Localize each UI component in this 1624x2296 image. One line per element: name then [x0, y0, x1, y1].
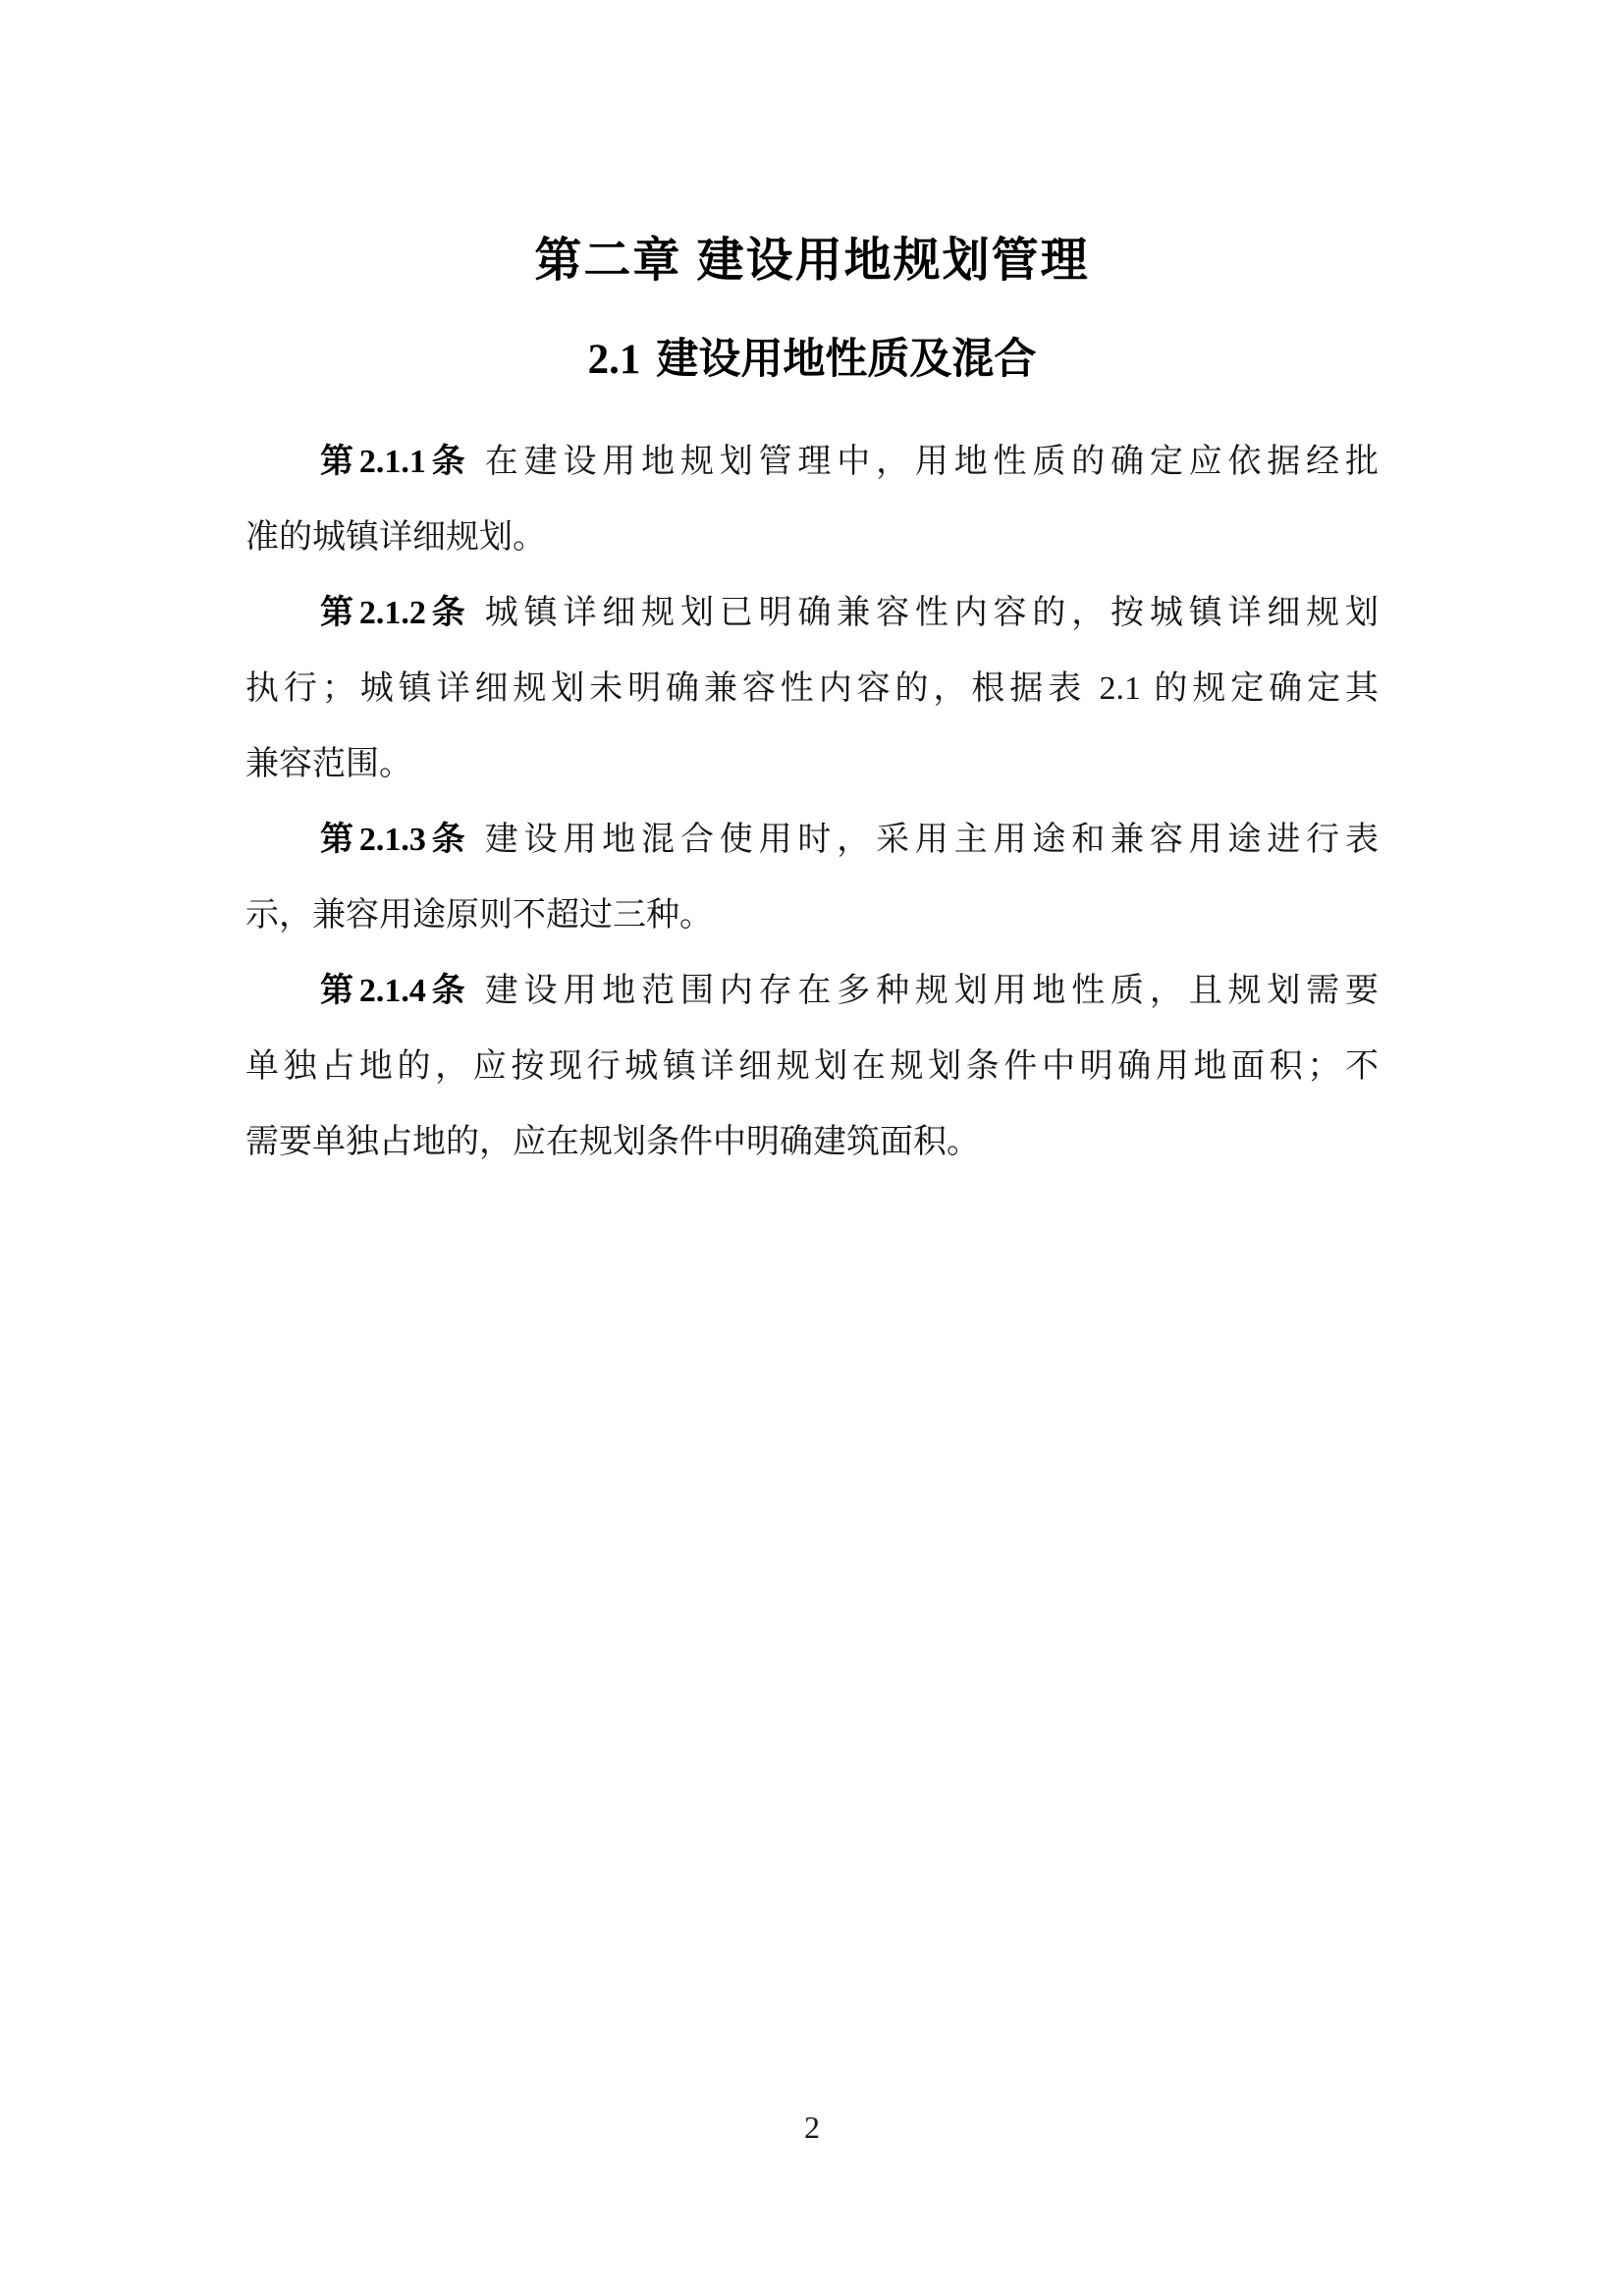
text-line: 第2.1.1条 在建设用地规划管理中，用地性质的确定应依据经批 — [245, 424, 1379, 500]
section-title: 建设用地性质及混合 — [656, 336, 1036, 383]
text-line: 示，兼容用途原则不超过三种。 — [245, 878, 1379, 953]
article-label: 第2.1.2条 — [320, 595, 470, 631]
section-number: 2.1 — [588, 337, 641, 383]
article-paragraph: 第2.1.2条 城镇详细规划已明确兼容性内容的，按城镇详细规划执行；城镇详细规划… — [245, 575, 1379, 802]
text-line: 单独占地的，应按现行城镇详细规划在规划条件中明确用地面积；不 — [245, 1029, 1379, 1104]
article-label: 第2.1.1条 — [320, 444, 470, 480]
article-paragraph: 第2.1.1条 在建设用地规划管理中，用地性质的确定应依据经批准的城镇详细规划。 — [245, 424, 1379, 575]
text-line: 执行；城镇详细规划未明确兼容性内容的，根据表 2.1 的规定确定其 — [245, 651, 1379, 726]
document-page: 第二章 建设用地规划管理 2.1建设用地性质及混合 第2.1.1条 在建设用地规… — [0, 0, 1624, 2296]
article-body: 第2.1.1条 在建设用地规划管理中，用地性质的确定应依据经批准的城镇详细规划。… — [245, 424, 1379, 1180]
section-heading: 2.1建设用地性质及混合 — [0, 335, 1624, 385]
article-label: 第2.1.3条 — [320, 822, 470, 858]
page-number: 2 — [0, 2110, 1624, 2144]
text-line: 兼容范围。 — [245, 726, 1379, 802]
text-line: 准的城镇详细规划。 — [245, 500, 1379, 575]
text-line: 第2.1.4条 建设用地范围内存在多种规划用地性质，且规划需要 — [245, 953, 1379, 1029]
text-line: 需要单独占地的，应在规划条件中明确建筑面积。 — [245, 1104, 1379, 1180]
text-line: 第2.1.3条 建设用地混合使用时，采用主用途和兼容用途进行表 — [245, 802, 1379, 878]
article-paragraph: 第2.1.4条 建设用地范围内存在多种规划用地性质，且规划需要单独占地的，应按现… — [245, 953, 1379, 1180]
article-label: 第2.1.4条 — [320, 973, 470, 1009]
article-paragraph: 第2.1.3条 建设用地混合使用时，采用主用途和兼容用途进行表示，兼容用途原则不… — [245, 802, 1379, 953]
chapter-title: 第二章 建设用地规划管理 — [0, 234, 1624, 289]
text-line: 第2.1.2条 城镇详细规划已明确兼容性内容的，按城镇详细规划 — [245, 575, 1379, 651]
